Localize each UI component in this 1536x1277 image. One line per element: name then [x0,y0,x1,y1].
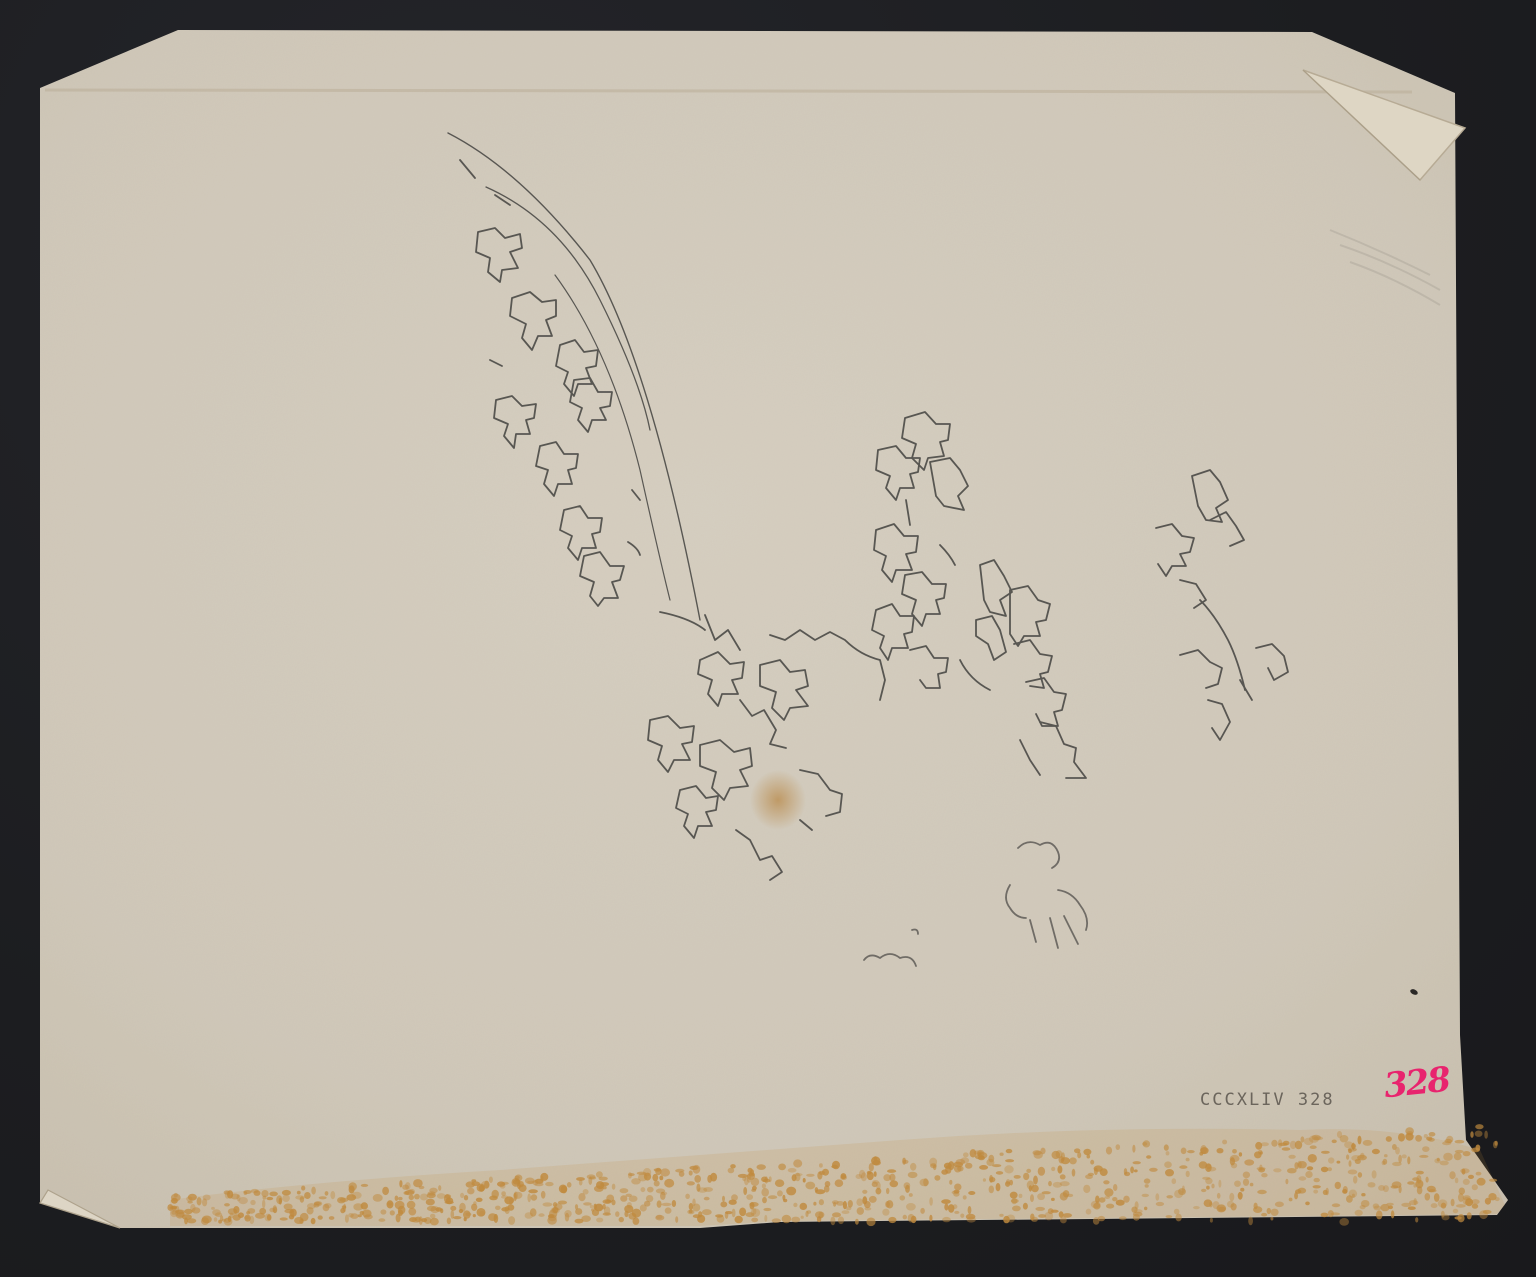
scan-background: CCCXLIV 328 328 [0,0,1536,1277]
paper-sheet [40,30,1508,1228]
handwritten-catalog-number: 328 [1382,1060,1451,1107]
top-crease-line [45,90,1412,92]
artwork-svg [0,0,1536,1277]
center-stain [750,770,806,830]
stamped-inventory-inscription: CCCXLIV 328 [1200,1090,1335,1110]
